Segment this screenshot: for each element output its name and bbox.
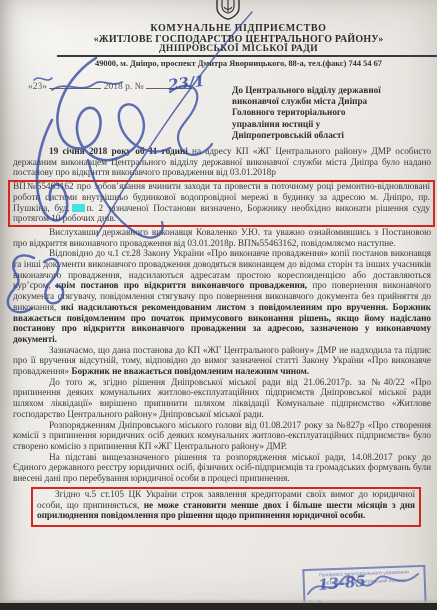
censored-house-number — [72, 204, 85, 212]
date-day: «23» — [28, 82, 47, 92]
red-highlight-box-bottom: Згідно ч.5 ст.105 ЦК України строк заявл… — [31, 487, 421, 527]
paragraph-6: Розпорядженням Дніпровського міського го… — [13, 421, 431, 453]
p1-bold-date: 19 січня 2018 року об 11 годині — [49, 147, 188, 157]
paragraph-4: Зазначаємо, що дана постанова до КП «ЖГ … — [13, 346, 431, 378]
scan-bottom-edge — [0, 603, 437, 610]
org-name-line3: ДНІПРОВСЬКОЇ МІСЬКОЇ РАДИ — [40, 44, 437, 54]
addressee-line: виконавчої служби міста Дніпра — [232, 96, 381, 107]
addressee-line: управління юстиції у — [232, 119, 381, 130]
header-divider — [57, 55, 437, 57]
paragraph-1: 19 січня 2018 року об 11 годині на адрес… — [13, 147, 431, 179]
paragraph-2: Вислухавши державного виконавця Коваленк… — [13, 228, 431, 249]
paragraph-7: На підставі вищезазначеного рішення та р… — [13, 453, 431, 485]
org-name-line1: КОМУНАЛЬНЕ ПІДПРИЄМСТВО — [40, 23, 437, 34]
handwritten-doc-number: 23/1 — [167, 72, 206, 94]
doc-number-label: № — [135, 82, 144, 92]
ukraine-trident-emblem — [213, 0, 243, 21]
date-year: 2018 р. — [104, 82, 133, 92]
addressee-line: Дніпропетровській області — [232, 130, 381, 141]
p4-bold: Боржник не вважається повідомленим належ… — [71, 367, 309, 377]
red-highlight-box-top: ВП№55463162 про зобов’язання вчинити зах… — [8, 180, 435, 227]
addressee-line: До Центрального відділу державної — [232, 85, 381, 96]
boxed-paragraph-8: Згідно ч.5 ст.105 ЦК України строк заявл… — [37, 490, 415, 522]
p3-bold-2: які надсилаються рекомендованим листом з… — [13, 303, 431, 345]
scanned-letter-page: КОМУНАЛЬНЕ ПІДПРИЄМСТВО «ЖИТЛОВЕ ГОСПОДА… — [0, 0, 437, 610]
p3-bold-1: крім постанов про відкриття виконавчого … — [56, 281, 307, 291]
org-address-line: 49000, м. Дніпро, проспект Дмитра Яворни… — [40, 59, 437, 68]
addressee-line: Головного територіального — [232, 107, 381, 118]
date-month-blank — [49, 79, 101, 89]
paragraph-5: До того ж, згідно рішення Дніпровської м… — [13, 378, 431, 421]
paragraph-3: Відповідно до ч.1 ст.28 Закону України «… — [13, 249, 431, 345]
boxed-paragraph: ВП№55463162 про зобов’язання вчинити зах… — [13, 182, 430, 225]
addressee-block: До Центрального відділу державної викона… — [232, 85, 381, 141]
letter-body: 19 січня 2018 року об 11 годині на адрес… — [13, 147, 431, 527]
